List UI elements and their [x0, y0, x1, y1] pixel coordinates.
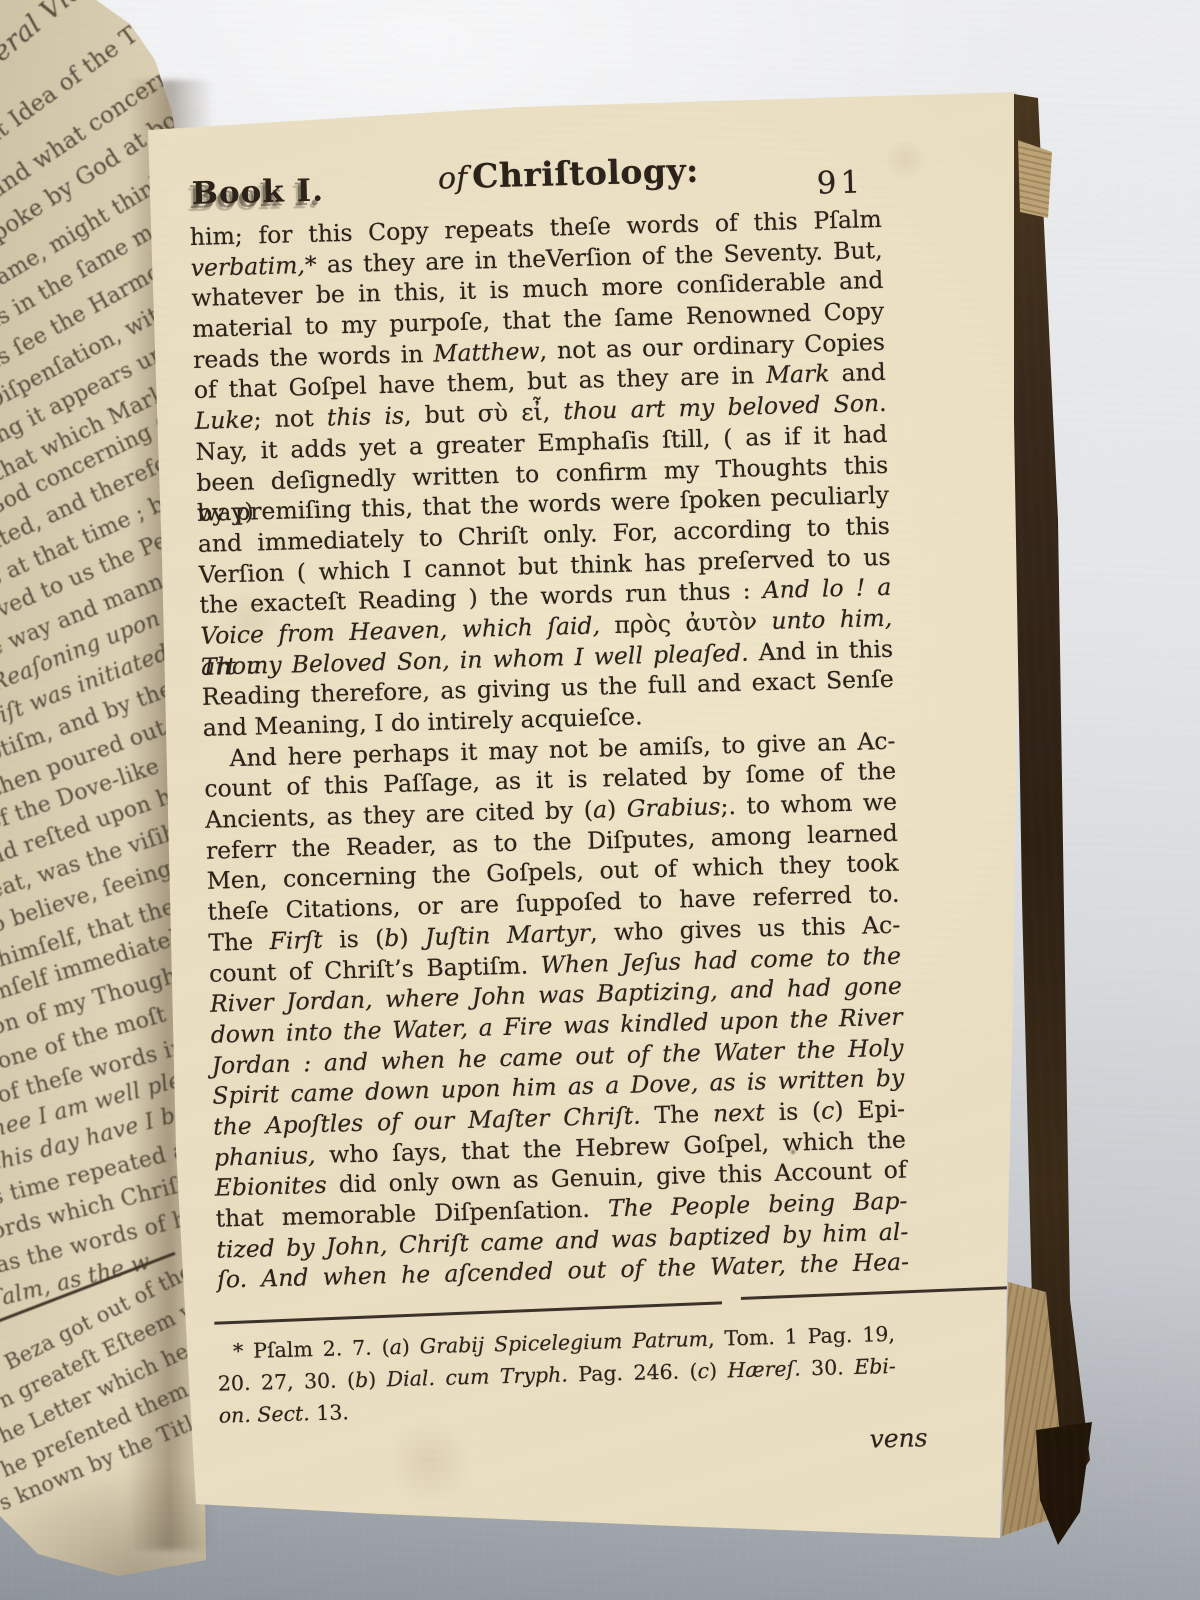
text-segment: .: [879, 389, 887, 417]
text-segment: πρὸς ἀυτὸν: [614, 607, 772, 639]
footnote-rule-left: [214, 1301, 722, 1324]
text-segment: * Pſalm 2. 7. (: [233, 1335, 390, 1363]
text-segment: a: [389, 1335, 402, 1359]
text-segment: And lo ! a: [762, 573, 891, 604]
body-text: him; for this Copy repeats theſe words o…: [190, 204, 910, 1296]
text-segment: Dial. cum Tryph.: [386, 1363, 568, 1392]
text-segment: , Tom. 1 Pag. 19,: [708, 1322, 895, 1351]
text-segment: ): [607, 795, 628, 824]
book-photo: neral Viewnt Idea of the Tranſand what c…: [0, 0, 1200, 1600]
text-segment: ; not: [253, 404, 327, 434]
text-segment: ;. to whom we: [720, 788, 897, 821]
text-segment: and: [829, 358, 886, 387]
text-segment: c: [697, 1359, 709, 1383]
text-segment: ) Epi-: [834, 1095, 905, 1125]
text-segment: 30.: [800, 1355, 854, 1380]
text-segment: Ebionites: [214, 1171, 327, 1202]
text-segment: Luke: [194, 406, 254, 436]
text-segment: next: [713, 1098, 765, 1127]
text-segment: The: [640, 1100, 713, 1130]
text-segment: ): [368, 1367, 387, 1391]
text-segment: Grabij Spicelegium Patrum: [419, 1327, 708, 1359]
text-segment: reads the words in: [193, 339, 434, 373]
text-segment: The: [208, 927, 270, 957]
running-header-chapter: Chriſtology:: [472, 151, 700, 196]
text-segment: ): [709, 1358, 728, 1382]
text-segment: Mark: [766, 360, 830, 390]
running-header-of: of: [438, 161, 468, 197]
text-segment: b: [384, 924, 400, 952]
catchword: vens: [869, 1423, 928, 1454]
text-segment: is (: [764, 1097, 821, 1126]
text-segment: Ebi-: [854, 1354, 896, 1379]
text-segment: Firſt: [269, 926, 323, 955]
text-segment: a: [593, 795, 608, 823]
text-segment: ): [402, 1334, 421, 1358]
text-segment: Pag. 246. (: [568, 1359, 698, 1386]
text-segment: on. Sect.: [218, 1401, 310, 1427]
text-segment: 20. 27, 30. (: [218, 1368, 356, 1396]
text-segment: , but σὺ εἶ,: [404, 397, 564, 429]
text-segment: c: [821, 1096, 835, 1124]
text-segment: this is: [327, 402, 405, 432]
text-segment: Grabius: [626, 792, 720, 822]
text-segment: Hæreſ.: [727, 1356, 801, 1382]
text-segment: ): [399, 923, 425, 952]
text-segment: Matthew: [433, 337, 540, 368]
footnotes: * Pſalm 2. 7. (a) Grabij Spicelegium Pat…: [217, 1318, 897, 1432]
running-header-book: Book I.: [191, 172, 324, 211]
running-header-title: of Chriſtology:: [394, 150, 743, 198]
text-segment: is (: [322, 924, 384, 954]
text-segment: 13.: [309, 1400, 349, 1425]
page-number: 91: [816, 164, 864, 201]
text-segment: And in this: [748, 634, 893, 666]
text-segment: b: [355, 1368, 369, 1392]
text-segment: verbatim,: [190, 251, 305, 282]
text-segment: phanius,: [214, 1141, 316, 1172]
text-segment: Juſtin Martyr: [425, 919, 591, 951]
